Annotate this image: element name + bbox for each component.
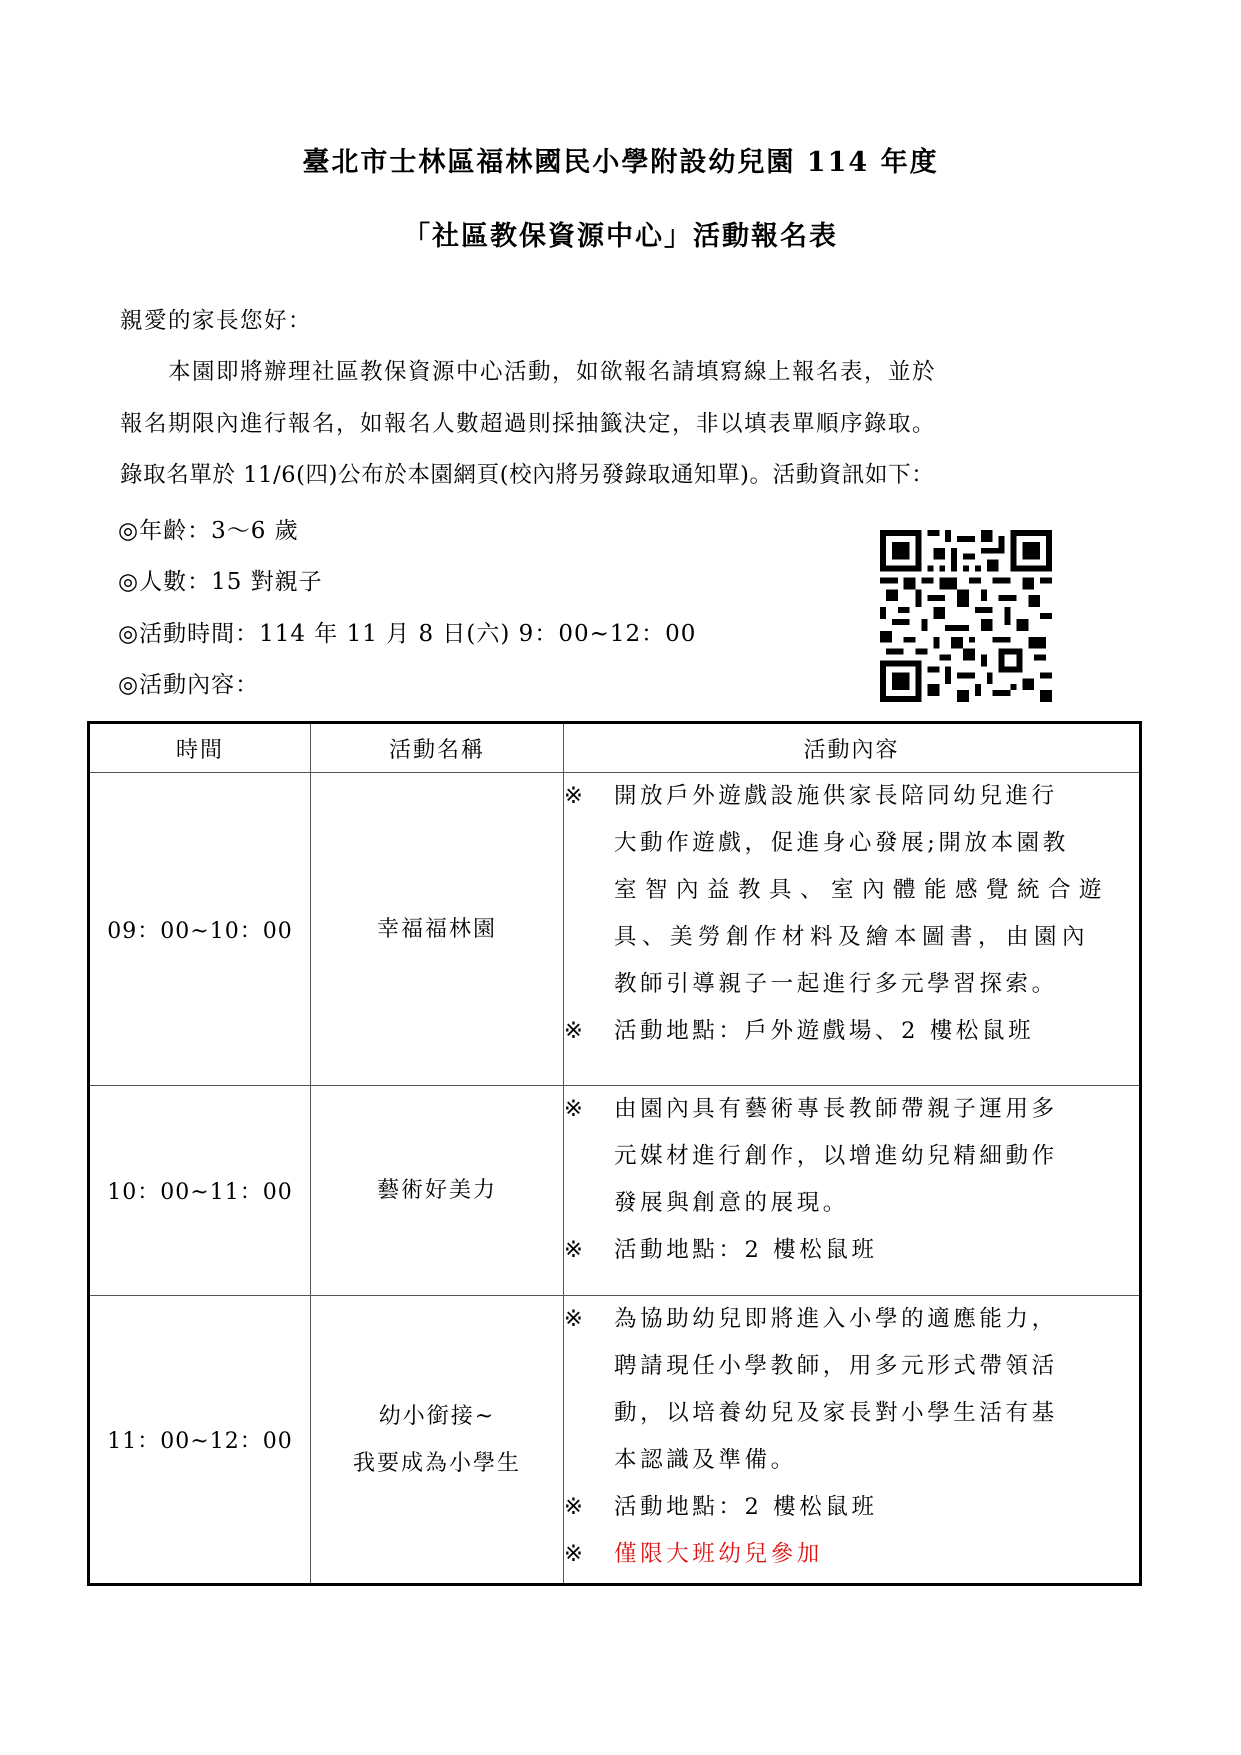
info-age: ◎年齡：3～6 歲 [118, 512, 299, 545]
activity-content-cell: ※ 為協助幼兒即將進入小學的適應能力， 聘請現任小學教師，用多元形式帶領活 動，… [564, 1296, 1141, 1585]
location-line: 活動地點：戶外遊戲場、2 樓松鼠班 [614, 1008, 1139, 1055]
table-row: 11：00~12：00 幼小銜接~ 我要成為小學生 ※ 為協助幼兒即將進入小學的… [89, 1296, 1141, 1585]
info-count: ◎人數：15 對親子 [118, 563, 323, 596]
content-line: 動，以培養幼兒及家長對小學生活有基 [614, 1390, 1139, 1437]
content-line: 開放戶外遊戲設施供家長陪同幼兒進行 [614, 773, 1139, 820]
content-bullet: ※ 僅限大班幼兒參加 [564, 1531, 1139, 1578]
table-row: 10：00~11：00 藝術好美力 ※ 由園內具有藝術專長教師帶親子運用多 元媒… [89, 1086, 1141, 1296]
activity-content-cell: ※ 由園內具有藝術專長教師帶親子運用多 元媒材進行創作，以增進幼兒精細動作 發展… [564, 1086, 1141, 1296]
time-cell: 11：00~12：00 [89, 1296, 311, 1585]
content-bullet: ※ 為協助幼兒即將進入小學的適應能力， 聘請現任小學教師，用多元形式帶領活 動，… [564, 1296, 1139, 1484]
activity-content-cell: ※ 開放戶外遊戲設施供家長陪同幼兒進行 大動作遊戲，促進身心發展;開放本園教 室… [564, 773, 1141, 1086]
reference-mark-icon: ※ [564, 773, 614, 1008]
reference-mark-icon: ※ [564, 1008, 614, 1055]
content-line: 元媒材進行創作，以增進幼兒精細動作 [614, 1133, 1139, 1180]
restriction-note: 僅限大班幼兒參加 [614, 1531, 1139, 1578]
info-time: ◎活動時間：114 年 11 月 8 日(六) 9：00~12：00 [118, 615, 696, 648]
reference-mark-icon: ※ [564, 1227, 614, 1274]
content-line: 由園內具有藝術專長教師帶親子運用多 [614, 1086, 1139, 1133]
content-line: 室智內益教具、室內體能感覺統合遊 [614, 867, 1139, 914]
content-line: 聘請現任小學教師，用多元形式帶領活 [614, 1343, 1139, 1390]
location-line: 活動地點：2 樓松鼠班 [614, 1484, 1139, 1531]
activity-name-cell: 幸福福林園 [311, 773, 564, 1086]
content-line: 為協助幼兒即將進入小學的適應能力， [614, 1296, 1139, 1343]
intro-line-1: 本園即將辦理社區教保資源中心活動，如欲報名請填寫線上報名表，並於 [120, 357, 936, 387]
location-line: 活動地點：2 樓松鼠班 [614, 1227, 1139, 1274]
header-activity-name: 活動名稱 [311, 723, 564, 773]
table-header-row: 時間 活動名稱 活動內容 [89, 723, 1141, 773]
content-line: 教師引導親子一起進行多元學習探索。 [614, 961, 1139, 1008]
header-activity-content: 活動內容 [564, 723, 1141, 773]
content-line: 發展與創意的展現。 [614, 1180, 1139, 1227]
activity-name-line: 幼小銜接~ [311, 1393, 563, 1440]
header-time: 時間 [89, 723, 311, 773]
intro-line-3: 錄取名單於 11/6(四)公布於本園網頁(校內將另發錄取通知單)。活動資訊如下： [120, 460, 934, 490]
content-line: 本認識及準備。 [614, 1437, 1139, 1484]
content-bullet: ※ 活動地點：戶外遊戲場、2 樓松鼠班 [564, 1008, 1139, 1055]
time-cell: 09：00~10：00 [89, 773, 311, 1086]
qr-code-icon [880, 530, 1052, 702]
content-bullet: ※ 活動地點：2 樓松鼠班 [564, 1227, 1139, 1274]
activity-name-line: 我要成為小學生 [311, 1440, 563, 1487]
content-line: 具、美勞創作材料及繪本圖書，由園內 [614, 914, 1139, 961]
content-bullet: ※ 活動地點：2 樓松鼠班 [564, 1484, 1139, 1531]
activity-name-cell: 幼小銜接~ 我要成為小學生 [311, 1296, 564, 1585]
reference-mark-icon: ※ [564, 1531, 614, 1578]
time-cell: 10：00~11：00 [89, 1086, 311, 1296]
document-subtitle: 「社區教保資源中心」活動報名表 [0, 214, 1241, 253]
content-bullet: ※ 開放戶外遊戲設施供家長陪同幼兒進行 大動作遊戲，促進身心發展;開放本園教 室… [564, 773, 1139, 1008]
reference-mark-icon: ※ [564, 1296, 614, 1484]
greeting: 親愛的家長您好： [120, 306, 312, 336]
info-content-label: ◎活動內容： [118, 666, 259, 699]
activity-name-line: 幸福福林園 [311, 906, 563, 953]
activity-name-line: 藝術好美力 [311, 1167, 563, 1214]
activity-name-cell: 藝術好美力 [311, 1086, 564, 1296]
document-title: 臺北市士林區福林國民小學附設幼兒園 114 年度 [0, 140, 1241, 179]
reference-mark-icon: ※ [564, 1086, 614, 1227]
intro-line-2: 報名期限內進行報名，如報名人數超過則採抽籤決定，非以填表單順序錄取。 [120, 409, 936, 439]
schedule-table: 時間 活動名稱 活動內容 09：00~10：00 幸福福林園 ※ 開放戶外遊戲設… [87, 721, 1142, 1586]
content-line: 大動作遊戲，促進身心發展;開放本園教 [614, 820, 1139, 867]
content-bullet: ※ 由園內具有藝術專長教師帶親子運用多 元媒材進行創作，以增進幼兒精細動作 發展… [564, 1086, 1139, 1227]
reference-mark-icon: ※ [564, 1484, 614, 1531]
table-row: 09：00~10：00 幸福福林園 ※ 開放戶外遊戲設施供家長陪同幼兒進行 大動… [89, 773, 1141, 1086]
